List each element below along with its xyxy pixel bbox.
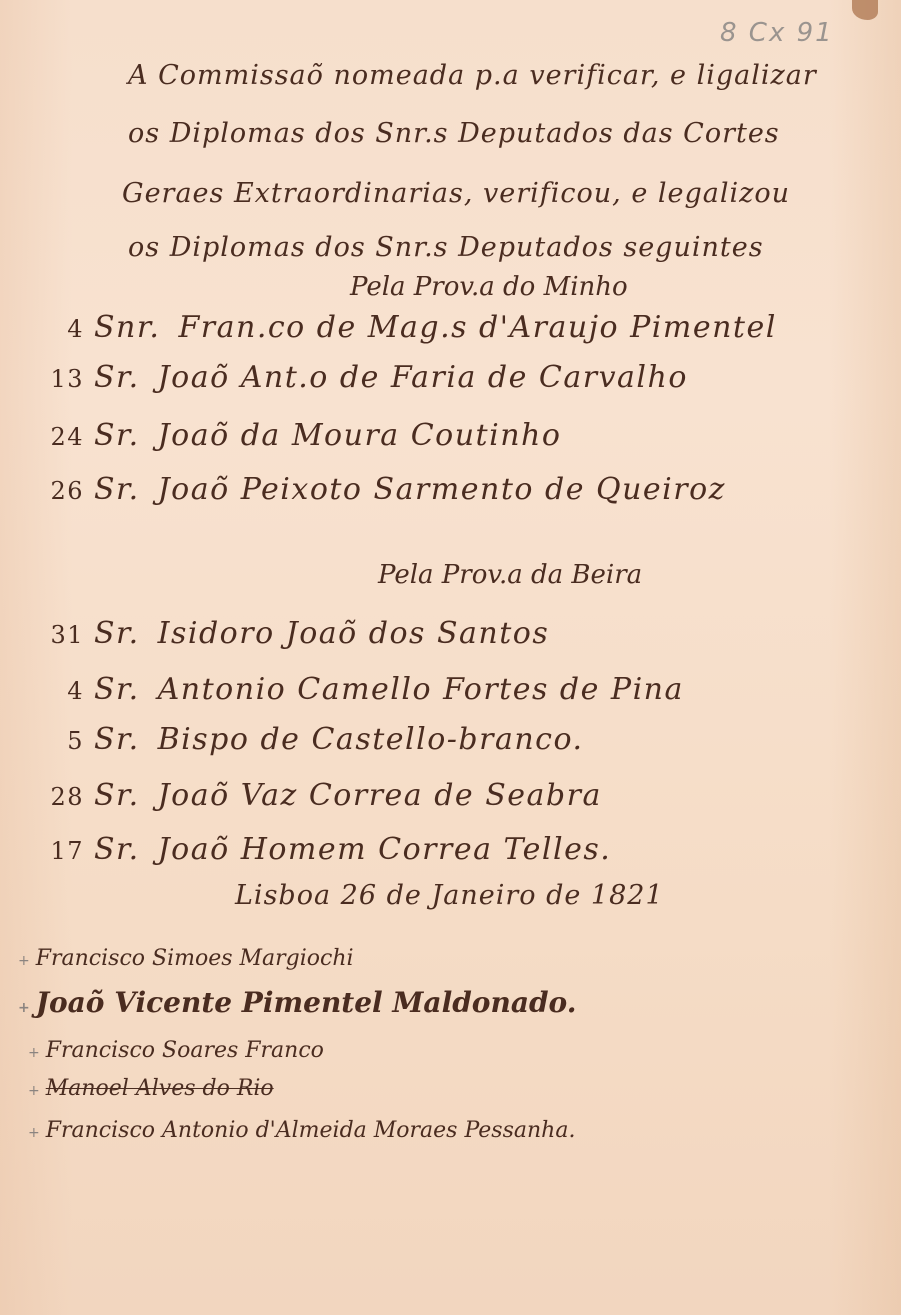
signature-name: Francisco Antonio d'Almeida Moraes Pessa… xyxy=(46,1118,576,1143)
intro-line-3: Geraes Extraordinarias, verificou, e leg… xyxy=(122,178,790,209)
signature-name: Manoel Alves do Rio xyxy=(46,1076,274,1101)
deputy-entry: 4Snr.Fran.co de Mag.s d'Araujo Pimentel xyxy=(36,310,777,345)
entry-number: 5 xyxy=(36,727,84,755)
entry-name: Joaõ Ant.o de Faria de Carvalho xyxy=(158,360,688,395)
deputy-entry: 26Sr.Joaõ Peixoto Sarmento de Queiroz xyxy=(36,472,726,507)
archive-reference-mark: 8 Cx 91 xyxy=(720,18,834,48)
entry-title: Snr. xyxy=(94,310,160,345)
entry-name: Isidoro Joaõ dos Santos xyxy=(158,616,550,651)
signature: +Francisco Simoes Margiochi xyxy=(18,946,354,971)
deputy-entry: 4Sr.Antonio Camello Fortes de Pina xyxy=(36,672,684,707)
entry-name: Antonio Camello Fortes de Pina xyxy=(158,672,684,707)
entry-number: 24 xyxy=(36,423,84,451)
deputy-entry: 5Sr.Bispo de Castello-branco. xyxy=(36,722,584,757)
entry-number: 31 xyxy=(36,621,84,649)
deputy-entry: 28Sr.Joaõ Vaz Correa de Seabra xyxy=(36,778,602,813)
cross-mark: + xyxy=(28,1083,40,1099)
intro-line-2: os Diplomas dos Snr.s Deputados das Cort… xyxy=(128,118,780,149)
signature: +Manoel Alves do Rio xyxy=(28,1076,274,1101)
deputy-entry: 24Sr.Joaõ da Moura Coutinho xyxy=(36,418,561,453)
signature: +Francisco Soares Franco xyxy=(28,1038,324,1063)
entry-name: Joaõ da Moura Coutinho xyxy=(158,418,562,453)
deputy-entry: 31Sr.Isidoro Joaõ dos Santos xyxy=(36,616,549,651)
signature: +Joaõ Vicente Pimentel Maldonado. xyxy=(18,986,576,1019)
cross-mark: + xyxy=(28,1125,40,1141)
entry-title: Sr. xyxy=(94,832,140,867)
entry-name: Joaõ Peixoto Sarmento de Queiroz xyxy=(158,472,726,507)
entry-number: 13 xyxy=(36,365,84,393)
ink-stain xyxy=(852,0,878,20)
section-heading-beira: Pela Prov.a da Beira xyxy=(378,560,642,590)
signature-name: Francisco Simoes Margiochi xyxy=(36,946,354,971)
deputy-entry: 13Sr.Joaõ Ant.o de Faria de Carvalho xyxy=(36,360,688,395)
entry-title: Sr. xyxy=(94,616,140,651)
signature-name: Joaõ Vicente Pimentel Maldonado. xyxy=(36,986,577,1019)
entry-number: 17 xyxy=(36,837,84,865)
entry-title: Sr. xyxy=(94,722,140,757)
entry-number: 28 xyxy=(36,783,84,811)
entry-number: 4 xyxy=(36,315,84,343)
section-heading-minho: Pela Prov.a do Minho xyxy=(350,272,628,302)
intro-line-1: A Commissaõ nomeada p.a verificar, e lig… xyxy=(128,60,817,91)
cross-mark: + xyxy=(28,1045,40,1061)
entry-title: Sr. xyxy=(94,360,140,395)
entry-name: Fran.co de Mag.s d'Araujo Pimentel xyxy=(178,310,776,345)
entry-title: Sr. xyxy=(94,778,140,813)
entry-name: Joaõ Homem Correa Telles. xyxy=(158,832,612,867)
entry-name: Joaõ Vaz Correa de Seabra xyxy=(158,778,602,813)
entry-name: Bispo de Castello-branco. xyxy=(158,722,584,757)
cross-mark: + xyxy=(18,1000,30,1016)
deputy-entry: 17Sr.Joaõ Homem Correa Telles. xyxy=(36,832,611,867)
entry-title: Sr. xyxy=(94,418,140,453)
signature-name: Francisco Soares Franco xyxy=(46,1038,324,1063)
entry-number: 26 xyxy=(36,477,84,505)
signature: +Francisco Antonio d'Almeida Moraes Pess… xyxy=(28,1118,575,1143)
manuscript-page: 8 Cx 91 A Commissaõ nomeada p.a verifica… xyxy=(0,0,901,1315)
intro-line-4: os Diplomas dos Snr.s Deputados seguinte… xyxy=(128,232,764,263)
entry-number: 4 xyxy=(36,677,84,705)
date-line: Lisboa 26 de Janeiro de 1821 xyxy=(235,880,664,911)
entry-title: Sr. xyxy=(94,672,140,707)
cross-mark: + xyxy=(18,953,30,969)
entry-title: Sr. xyxy=(94,472,140,507)
